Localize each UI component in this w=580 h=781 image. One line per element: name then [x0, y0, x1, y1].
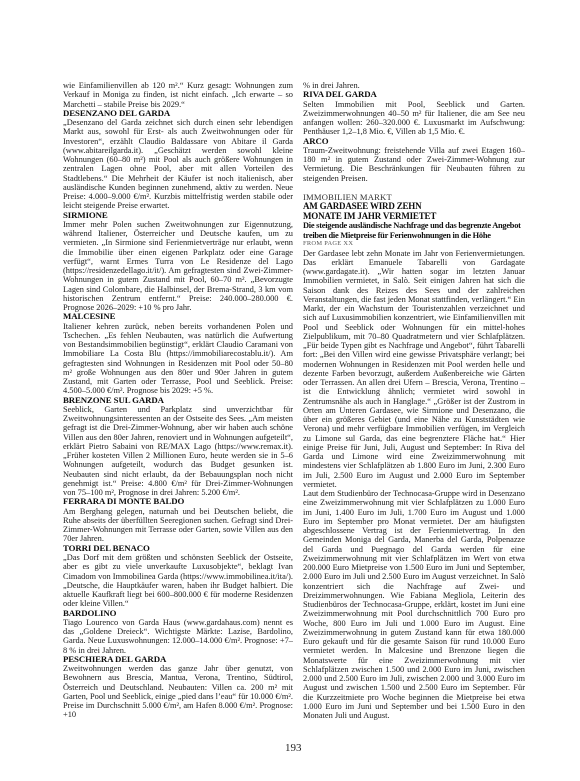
section-body-sirmione: Immer mehr Polen suchen Zweitwohnungen z…	[63, 220, 293, 313]
from-page-label: FROM PAGE XX	[303, 240, 525, 249]
page-number: 193	[285, 742, 302, 754]
right-column: % in drei Jahren. RIVA DEL GARDA Selten …	[303, 81, 525, 720]
section-heading-bardolino: BARDOLINO	[63, 609, 293, 618]
section-body-malcesine: Italiener kehren zurück, neben bereits v…	[63, 322, 293, 396]
section-body-torri: „Das Dorf mit dem größten und schönsten …	[63, 553, 293, 609]
article-paragraph-1: Der Gardasee lebt zehn Monate im Jahr vo…	[303, 249, 525, 490]
section-heading-torri: TORRI DEL BENACO	[63, 544, 293, 553]
section-heading-riva: RIVA DEL GARDA	[303, 90, 525, 99]
section-body-arco: Traum-Zweitwohnung: freistehende Villa a…	[303, 146, 525, 183]
section-heading-arco: ARCO	[303, 137, 525, 146]
section-heading-ferrara: FERRARA DI MONTE BALDO	[63, 497, 293, 506]
section-body-ferrara: Am Berghang gelegen, naturnah und bei De…	[63, 507, 293, 544]
section-heading-brenzone: BRENZONE SUL GARDA	[63, 396, 293, 405]
magazine-page: wie Einfamilienvillen ab 120 m².“ Kurz g…	[0, 0, 580, 781]
section-heading-malcesine: MALCESINE	[63, 312, 293, 321]
article-paragraph-2: Laut dem Studienbüro der Technocasa-Grup…	[303, 489, 525, 720]
article-headline-line2: MONATE IM JAHR VERMIETET	[303, 212, 525, 222]
section-body-bardolino: Tiago Lourenco von Garda Haus (www.garda…	[63, 618, 293, 655]
section-body-peschiera: Zweitwohnungen werden das ganze Jahr übe…	[63, 664, 293, 720]
article-subhead: Die steigende ausländische Nachfrage und…	[303, 221, 525, 240]
rental-article: IMMOBILIEN MARKT AM GARDASEE WIRD ZEHN M…	[303, 193, 525, 721]
section-body-riva: Selten Immobilien mit Pool, Seeblick und…	[303, 100, 525, 137]
left-column: wie Einfamilienvillen ab 120 m².“ Kurz g…	[63, 81, 293, 720]
section-heading-desenzano: DESENZANO DEL GARDA	[63, 109, 293, 118]
section-body-brenzone: Seeblick, Garten und Parkplatz sind unve…	[63, 405, 293, 498]
section-heading-sirmione: SIRMIONE	[63, 211, 293, 220]
section-heading-peschiera: PESCHIERA DEL GARDA	[63, 655, 293, 664]
intro-paragraph: wie Einfamilienvillen ab 120 m².“ Kurz g…	[63, 81, 293, 109]
section-body-desenzano: „Desenzano del Garda zeichnet sich durch…	[63, 118, 293, 211]
